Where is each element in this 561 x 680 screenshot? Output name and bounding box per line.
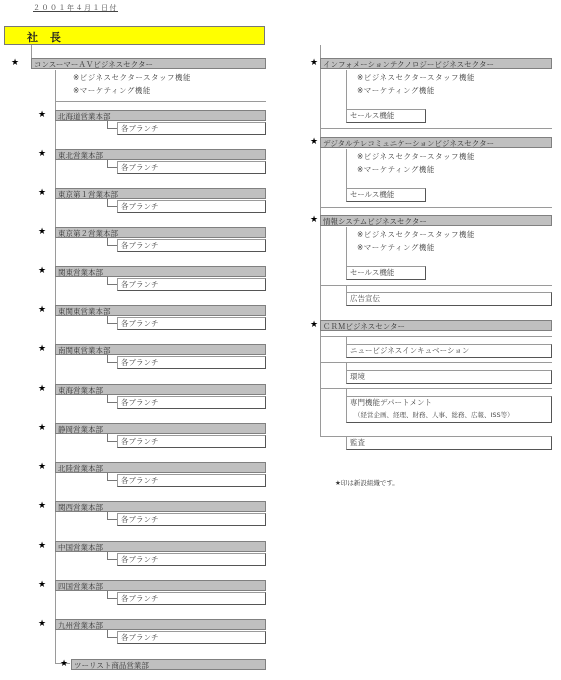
new-business-incubation[interactable]: ニュービジネスインキュベーション — [346, 344, 552, 358]
connector-right-divider — [320, 128, 552, 129]
branch-box[interactable]: 各ブランチ — [117, 592, 266, 605]
sector-it[interactable]: インフォメーションテクノロジービジネスセクター — [320, 58, 552, 69]
star-icon: ★ — [38, 227, 46, 238]
tourist-sales-dept[interactable]: ツーリスト商品営業部 — [71, 659, 266, 670]
branch-connector — [107, 434, 117, 442]
star-icon: ★ — [38, 462, 46, 473]
star-icon: ★ — [310, 215, 318, 226]
branch-box[interactable]: 各ブランチ — [117, 317, 266, 330]
sales-hq[interactable]: 北海道営業本部 — [55, 110, 266, 121]
sales-hq[interactable]: 南関東営業本部 — [55, 344, 266, 355]
connector-president — [31, 45, 32, 59]
branch-box[interactable]: 各ブランチ — [117, 278, 266, 291]
star-icon: ★ — [38, 580, 46, 591]
sector-consumer-av[interactable]: コンスーマーＡＶビジネスセクター — [31, 58, 266, 69]
advertising-dept[interactable]: 広告宣伝 — [346, 292, 552, 306]
sales-hq[interactable]: 北陸営業本部 — [55, 462, 266, 473]
sales-function-it[interactable]: セールス機能 — [346, 109, 426, 123]
star-icon: ★ — [38, 423, 46, 434]
star-icon: ★ — [310, 320, 318, 331]
star-icon: ★ — [310, 58, 318, 69]
crm-business-center[interactable]: ＣＲＭビジネスセンター — [320, 320, 552, 331]
specialist-department[interactable]: 専門機能デパートメント （経営企画、経理、財務、人事、総務、広報、ISS等） — [346, 396, 552, 423]
audit-dept[interactable]: 監査 — [346, 436, 552, 450]
specialist-department-label: 専門機能デパートメント — [350, 397, 551, 409]
sales-hq[interactable]: 中国営業本部 — [55, 541, 266, 552]
connector-left-divider — [55, 101, 266, 102]
branch-box[interactable]: 各ブランチ — [117, 631, 266, 644]
branch-connector — [107, 395, 117, 403]
branch-box[interactable]: 各ブランチ — [117, 161, 266, 174]
president-box[interactable]: 社 長 — [4, 26, 265, 45]
connector-digital-telecom — [346, 149, 347, 189]
star-icon: ★ — [38, 501, 46, 512]
sales-hq[interactable]: 東関東営業本部 — [55, 305, 266, 316]
sales-hq[interactable]: 九州営業本部 — [55, 619, 266, 630]
connector-right-divider — [320, 207, 552, 208]
sales-hq[interactable]: 東京第２営業本部 — [55, 227, 266, 238]
branch-box[interactable]: 各ブランチ — [117, 474, 266, 487]
branch-box[interactable]: 各ブランチ — [117, 513, 266, 526]
branch-connector — [107, 160, 117, 168]
star-icon: ★ — [38, 149, 46, 160]
sector-info-systems[interactable]: 情報システムビジネスセクター — [320, 215, 552, 226]
function-note: ※ビジネスセクタースタッフ機能 — [357, 151, 475, 162]
branch-box[interactable]: 各ブランチ — [117, 122, 266, 135]
branch-box[interactable]: 各ブランチ — [117, 356, 266, 369]
function-note: ※マーケティング機能 — [357, 164, 435, 175]
star-icon: ★ — [38, 305, 46, 316]
function-note: ※マーケティング機能 — [357, 242, 435, 253]
star-icon: ★ — [38, 344, 46, 355]
branch-box[interactable]: 各ブランチ — [117, 239, 266, 252]
sales-hq[interactable]: 東海営業本部 — [55, 384, 266, 395]
branch-connector — [107, 277, 117, 285]
branch-connector — [107, 355, 117, 363]
connector-right-bottom — [320, 436, 346, 437]
president-label: 社 長 — [27, 29, 65, 45]
branch-box[interactable]: 各ブランチ — [117, 396, 266, 409]
sales-hq[interactable]: 静岡営業本部 — [55, 423, 266, 434]
star-icon: ★ — [60, 659, 68, 670]
star-icon: ★ — [38, 619, 46, 630]
sales-function-digital-telecom[interactable]: セールス機能 — [346, 188, 426, 202]
connector-right-divider — [320, 388, 552, 389]
function-note: ※マーケティング機能 — [73, 85, 151, 96]
star-icon: ★ — [310, 137, 318, 148]
sales-hq[interactable]: 関東営業本部 — [55, 266, 266, 277]
connector-it — [346, 70, 347, 110]
star-icon: ★ — [38, 541, 46, 552]
sales-hq[interactable]: 関西営業本部 — [55, 501, 266, 512]
star-icon: ★ — [38, 266, 46, 277]
function-note: ※ビジネスセクタースタッフ機能 — [357, 72, 475, 83]
star-icon: ★ — [11, 58, 19, 69]
footnote-new-organization: ★印は新設組織です。 — [335, 478, 399, 487]
connector-right-divider — [320, 285, 552, 286]
function-note: ※マーケティング機能 — [357, 85, 435, 96]
connector-right-divider — [320, 336, 552, 337]
connector-right-divider — [320, 362, 552, 363]
branch-connector — [107, 512, 117, 520]
sales-function-info-systems[interactable]: セールス機能 — [346, 266, 426, 280]
function-note: ※ビジネスセクタースタッフ機能 — [357, 229, 475, 240]
branch-box[interactable]: 各ブランチ — [117, 200, 266, 213]
branch-connector — [107, 591, 117, 599]
branch-box[interactable]: 各ブランチ — [117, 435, 266, 448]
branch-connector — [107, 316, 117, 324]
effective-date: ２００１年４月１日付 — [33, 3, 118, 13]
environment-dept[interactable]: 環境 — [346, 370, 552, 384]
connector-right-trunk — [320, 45, 321, 437]
sector-digital-telecom[interactable]: デジタルテレコミュニケーションビジネスセクター — [320, 137, 552, 148]
branch-connector — [107, 630, 117, 638]
branch-connector — [107, 121, 117, 129]
sales-hq[interactable]: 東北営業本部 — [55, 149, 266, 160]
branch-connector — [107, 552, 117, 560]
branch-connector — [107, 199, 117, 207]
star-icon: ★ — [38, 110, 46, 121]
specialist-department-detail: （経営企画、経理、財務、人事、総務、広報、ISS等） — [350, 409, 551, 421]
star-icon: ★ — [38, 188, 46, 199]
star-icon: ★ — [38, 384, 46, 395]
sales-hq[interactable]: 四国営業本部 — [55, 580, 266, 591]
branch-connector — [107, 473, 117, 481]
branch-connector — [107, 238, 117, 246]
sales-hq[interactable]: 東京第１営業本部 — [55, 188, 266, 199]
connector-info-systems — [346, 227, 347, 267]
function-note: ※ビジネスセクタースタッフ機能 — [73, 72, 191, 83]
branch-box[interactable]: 各ブランチ — [117, 553, 266, 566]
